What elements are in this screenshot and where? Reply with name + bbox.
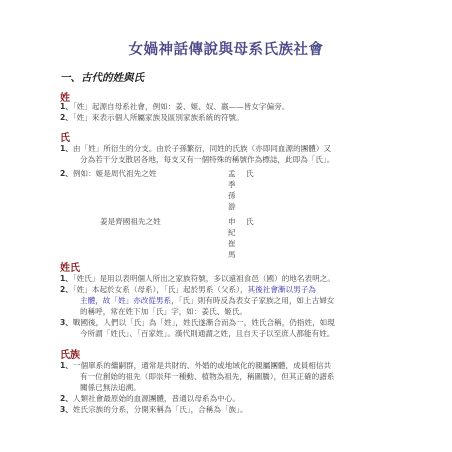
document-page: 女媧神話傳說與母系氏族社會 一、古代的姓與氏 姓 1、「姓」起源自母系社會，例如… bbox=[0, 0, 452, 452]
name: 馬 bbox=[228, 249, 236, 260]
xingshi-item-1: 1、「姓氏」是用以表明個人所出之家族符號，多以遠祖食邑（國）的地名表明之。 bbox=[60, 273, 335, 284]
item-number: 2、 bbox=[60, 394, 73, 403]
shi-item-2-row-2: 姜是齊國祖先之姓 bbox=[100, 216, 161, 227]
item-number: 2、 bbox=[60, 113, 73, 122]
highlighted-text: 其後社會漸以男子為 bbox=[248, 285, 316, 294]
item-number: 2、 bbox=[60, 169, 73, 178]
item-number: 3、 bbox=[60, 318, 73, 327]
heading-shi: 氏 bbox=[60, 129, 70, 144]
xingshi-item-3-line-2: 今所謂「姓氏」、「百家姓」。漢代則通謂之姓，且自天子以至庶人都能有姓。 bbox=[80, 328, 334, 339]
item-number: 3、 bbox=[60, 405, 73, 414]
shizu-item-1-line-2: 有一位創始的祖先（即崇拜一種動、植物為祖先，稱圖騰），但其正確的譜系 bbox=[80, 371, 334, 382]
item-text: 「姓氏」是用以表明個人所出之家族符號，多以遠祖食邑（國）的地名表明之。 bbox=[73, 274, 335, 283]
item-text: ，「氏」則有時反為表女子家族之用，如上古婦女 bbox=[171, 296, 334, 305]
xing-item-1: 1、「姓」起源自母系社會，例如：姜、姬、奴、嬴——皆女字偏旁。 bbox=[60, 101, 289, 112]
name: 紀 bbox=[228, 227, 236, 238]
suffix-2: 氏 bbox=[246, 216, 254, 227]
name: 孫 bbox=[228, 190, 236, 201]
xing-item-2: 2、「姓」來表示個人所屬家族及區別家族系統的符號。 bbox=[60, 112, 244, 123]
highlighted-text: 主體，故「姓」亦改從男系 bbox=[80, 296, 171, 305]
section-heading: 一、古代的姓與氏 bbox=[60, 70, 144, 85]
shizu-item-3: 3、姓氏宗族的分系，分開來稱為「氏」，合稱為「族」。 bbox=[60, 404, 248, 415]
item-text: 姓氏宗族的分系，分開來稱為「氏」，合稱為「族」。 bbox=[73, 405, 248, 414]
shizu-item-1-line-1: 1、一個單系的繼嗣群，通常是共財的、外婚的或地域化的親屬團體，成員相信共 bbox=[60, 360, 331, 371]
item-text: 「姓」起源自母系社會，例如：姜、姬、奴、嬴——皆女字偏旁。 bbox=[73, 102, 289, 111]
name-column-2: 申 紀 崔 馬 bbox=[228, 216, 236, 260]
item-number: 1、 bbox=[60, 274, 73, 283]
page-title: 女媧神話傳說與母系氏族社會 bbox=[0, 38, 452, 59]
shi-item-1-line-2: 分為若干分支散居各地，每支又有一個特殊的稱號作為標誌，此即為「氏」。 bbox=[80, 154, 334, 165]
item-number: 1、 bbox=[60, 102, 73, 111]
item-text: 人類社會最原始的血源團體，普通以母系為中心。 bbox=[73, 394, 240, 403]
item-text: 「姓」本起於女系（母系），「氏」起於男系（父系）， bbox=[73, 285, 248, 294]
xingshi-item-2-line-2: 主體，故「姓」亦改從男系，「氏」則有時反為表女子家族之用，如上古婦女 bbox=[80, 295, 334, 306]
item-text: 「姓」來表示個人所屬家族及區別家族系統的符號。 bbox=[73, 113, 244, 122]
item-number: 2、 bbox=[60, 285, 73, 294]
item-text: 一個單系的繼嗣群，通常是共財的、外婚的或地域化的親屬團體，成員相信共 bbox=[73, 361, 331, 370]
shizu-item-1-line-3: 關係已無法追溯。 bbox=[80, 382, 141, 393]
suffix-1: 氏 bbox=[246, 168, 254, 179]
heading-shizu: 氏族 bbox=[60, 346, 80, 361]
xingshi-item-2-line-3: 的稱呼，常在姓下加「氏」字，如：姜氏、姬氏。 bbox=[80, 306, 247, 317]
shi-item-2: 2、例如：姬是周代祖先之姓 bbox=[60, 168, 156, 179]
item-text: 戰國後，人們以「氏」為「姓」，姓氏遂漸合而為一，姓氏合稱，仍指姓，如現 bbox=[73, 318, 335, 327]
shizu-item-2: 2、人類社會最原始的血源團體，普通以母系為中心。 bbox=[60, 393, 240, 404]
heading-xingshi: 姓氏 bbox=[60, 259, 80, 274]
xingshi-item-3-line-1: 3、戰國後，人們以「氏」為「姓」，姓氏遂漸合而為一，姓氏合稱，仍指姓，如現 bbox=[60, 317, 335, 328]
name: 申 bbox=[228, 216, 236, 227]
item-text: 例如：姬是周代祖先之姓 bbox=[73, 169, 157, 178]
item-number: 1、 bbox=[60, 361, 73, 370]
name: 崔 bbox=[228, 238, 236, 249]
shi-item-1-line-1: 1、由「姓」所衍生的分支。由於子孫繁衍，同姓的氏族（亦即同血源的團體）又 bbox=[60, 143, 331, 154]
name: 季 bbox=[228, 179, 236, 190]
name: 孟 bbox=[228, 168, 236, 179]
item-number: 1、 bbox=[60, 144, 73, 153]
name: 游 bbox=[228, 201, 236, 212]
item-text: 由「姓」所衍生的分支。由於子孫繁衍，同姓的氏族（亦即同血源的團體）又 bbox=[73, 144, 331, 153]
xingshi-item-2-line-1: 2、「姓」本起於女系（母系），「氏」起於男系（父系），其後社會漸以男子為 bbox=[60, 284, 316, 295]
name-column-1: 孟 季 孫 游 bbox=[228, 168, 236, 212]
